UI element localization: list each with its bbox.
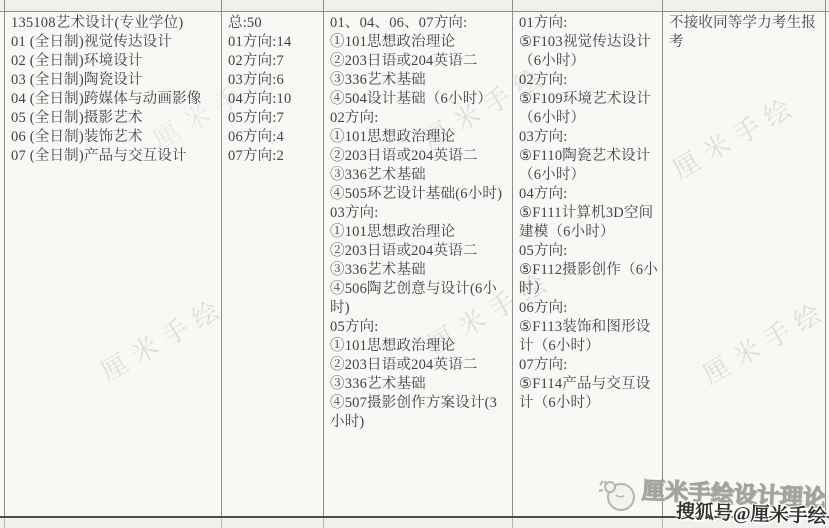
watermark: 厘米手绘 — [93, 286, 233, 388]
program-directions-cell: 135108艺术设计(专业学位) 01 (全日制)视觉传达设计 02 (全日制)… — [5, 12, 229, 166]
table-border-vertical-faint — [662, 518, 663, 528]
table-border-vertical-faint — [221, 518, 222, 528]
cropped-row-above — [0, 0, 829, 11]
enrollment-quota-cell: 总:50 01方向:14 02方向:7 03方向:6 04方向:10 05方向:… — [222, 12, 331, 166]
table-border-vertical-faint — [4, 518, 5, 528]
exam-subjects-cell: 01、04、06、07方向: ①101思想政治理论 ②203日语或204英语二 … — [324, 12, 520, 432]
watermark: 厘米手绘 — [665, 84, 805, 186]
table-border-vertical — [825, 0, 826, 517]
admissions-table-scan: 厘米手绘 厘米手绘 厘米手绘 厘米手绘 厘米手绘 厘米手绘 135108艺术设计… — [0, 0, 829, 528]
table-border-vertical-faint — [323, 518, 324, 528]
watermark: 厘米手绘 — [695, 289, 829, 391]
table-border-vertical-faint — [512, 518, 513, 528]
note-cell: 不接收同等学力考生报考 — [663, 12, 829, 52]
direction-exam-subjects-cell: 01方向: ⑤F103视觉传达设计 （6小时） 02方向: ⑤F109环境艺术设… — [513, 12, 670, 413]
sohu-account-label: 搜狐号@厘米手绘 — [676, 496, 828, 528]
mascot-logo-icon — [596, 477, 640, 513]
